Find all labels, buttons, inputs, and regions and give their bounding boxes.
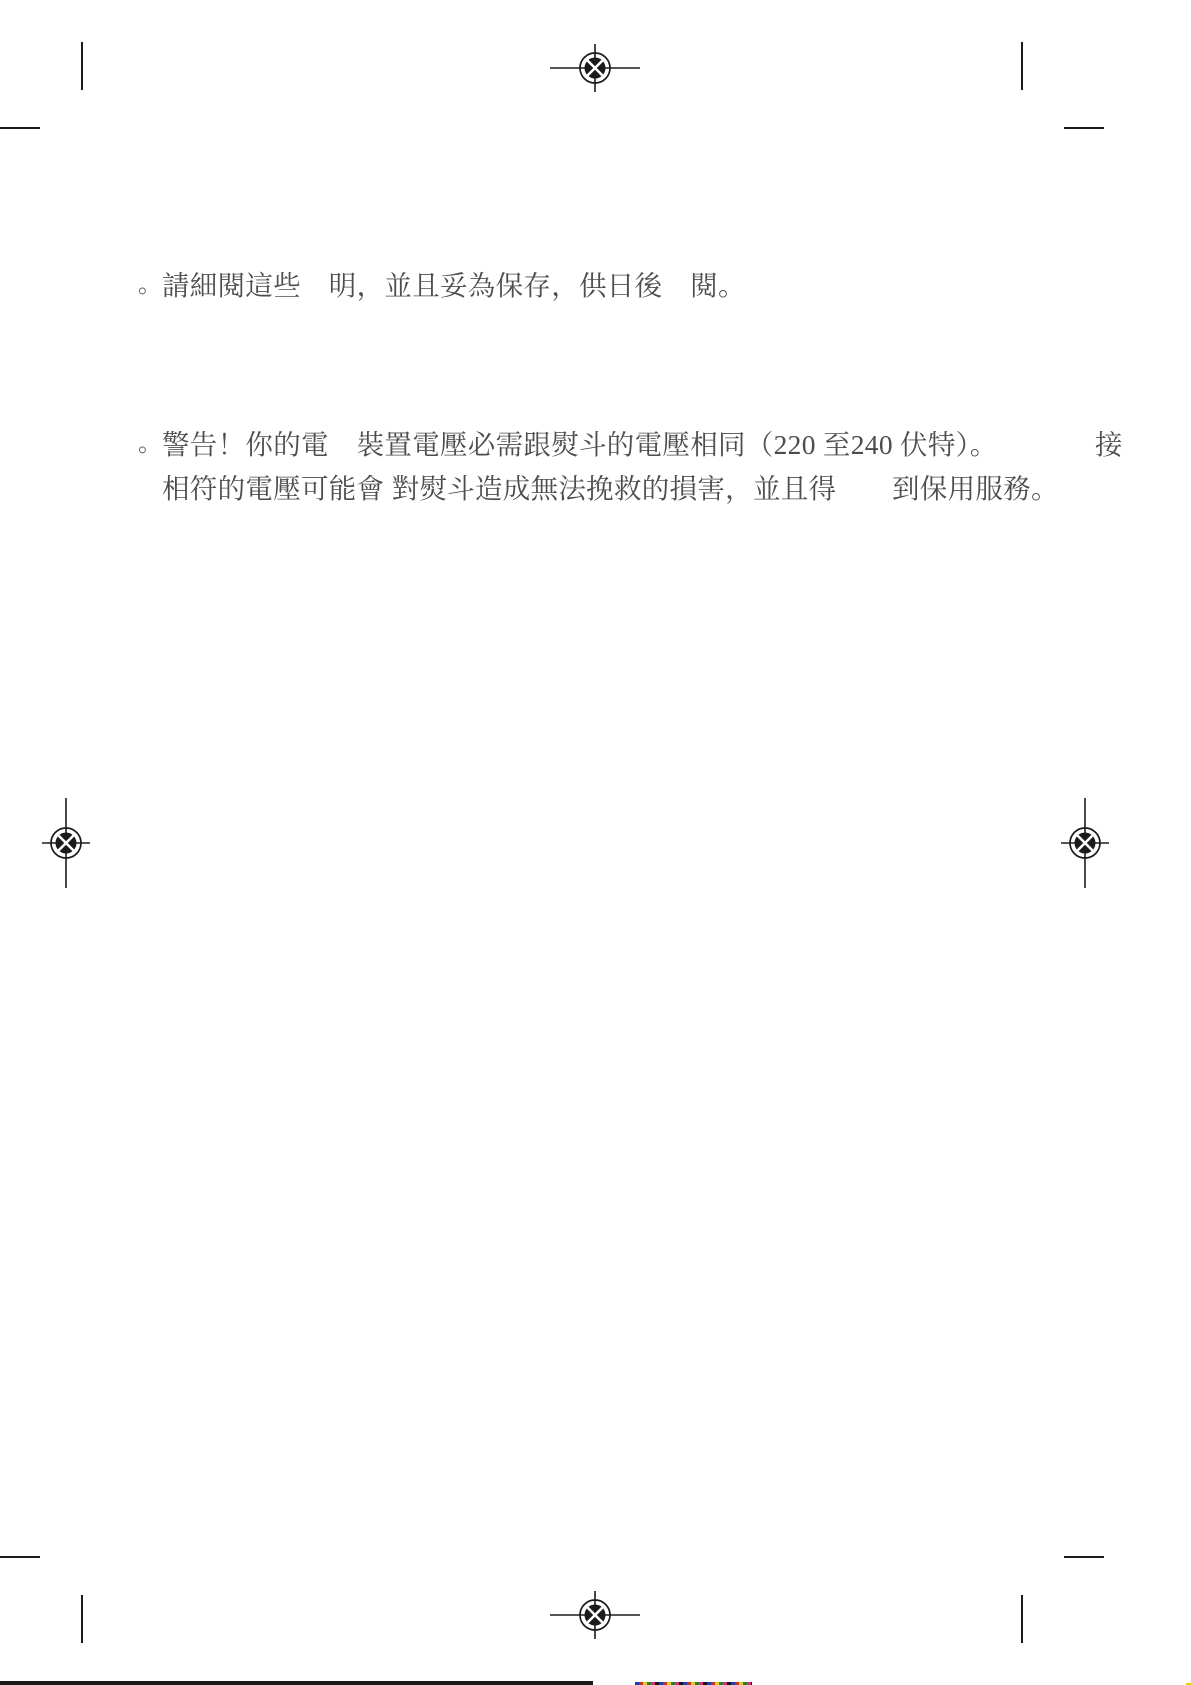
document-page: 。 請細閱這些 明，並且妥為保存，供日後 閱。 。 警告！你的電 裝置電壓必需跟… [0, 0, 1191, 1685]
registration-target-icon [18, 795, 114, 891]
crop-mark-top-left-vertical [81, 42, 83, 90]
bullet-text-line: 相符的電壓可能會 對熨斗造成無法挽救的損害，並且得 到保用服務。 [162, 467, 1123, 511]
crop-mark-top-right-vertical [1021, 42, 1023, 90]
registration-target-icon [1037, 795, 1133, 891]
bottom-black-bar [0, 1681, 593, 1685]
bullet-marker: 。 [138, 264, 162, 308]
instruction-bullet-save-manual: 。 請細閱這些 明，並且妥為保存，供日後 閱。 [138, 264, 746, 308]
crop-mark-bottom-left-vertical [81, 1595, 83, 1643]
instruction-bullet-voltage-warning: 。 警告！你的電 裝置電壓必需跟熨斗的電壓相同（220 至240 伏特）。 接 … [138, 423, 1123, 510]
crop-mark-top-left-horizontal [0, 127, 40, 129]
bullet-text-line: 請細閱這些 明，並且妥為保存，供日後 閱。 [162, 264, 746, 308]
registration-target-icon [547, 20, 643, 116]
bullet-marker: 。 [138, 423, 162, 467]
crop-mark-bottom-right-vertical [1021, 1595, 1023, 1643]
crop-mark-bottom-right-horizontal [1064, 1556, 1104, 1558]
crop-mark-bottom-left-horizontal [0, 1556, 40, 1558]
crop-mark-top-right-horizontal [1064, 127, 1104, 129]
registration-target-icon [547, 1567, 643, 1663]
bullet-text-line: 警告！你的電 裝置電壓必需跟熨斗的電壓相同（220 至240 伏特）。 接 [162, 423, 1123, 467]
